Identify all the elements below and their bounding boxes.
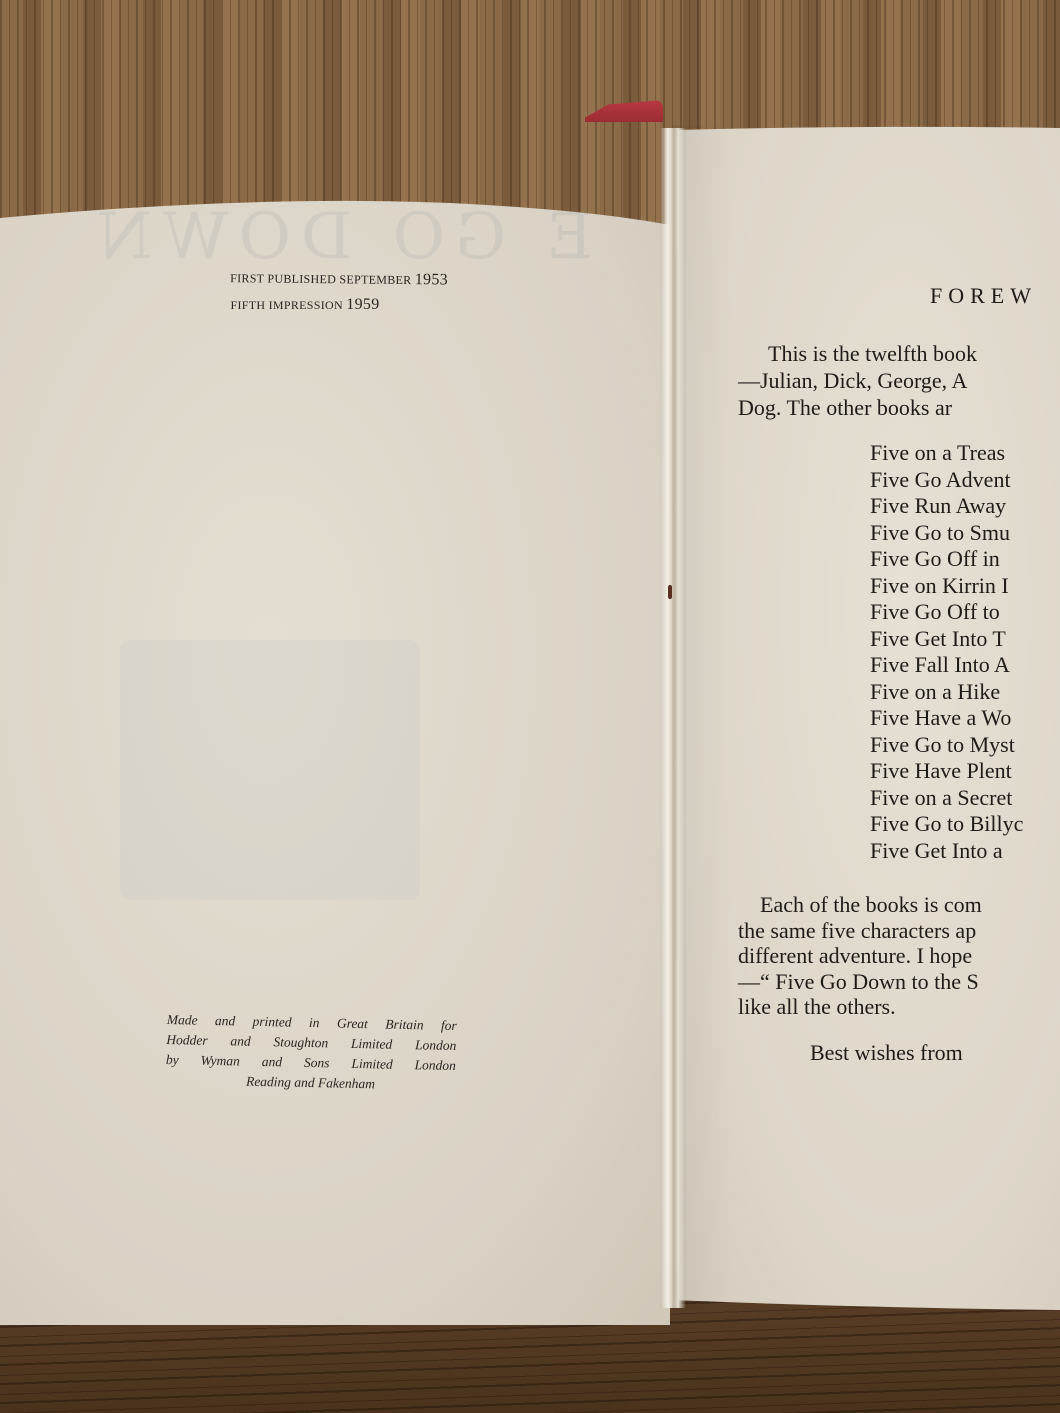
book-title: Five on Kirrin I bbox=[870, 573, 1023, 600]
book-title: Five on a Secret bbox=[870, 785, 1023, 812]
text-line: different adventure. I hope bbox=[738, 943, 982, 969]
book-title: Five Get Into a bbox=[870, 838, 1023, 865]
book-title: Five Go Advent bbox=[870, 467, 1023, 494]
intro-paragraph: This is the twelfth book —Julian, Dick, … bbox=[738, 340, 977, 421]
text-line: Each of the books is com bbox=[738, 892, 982, 918]
text-line: like all the others. bbox=[738, 994, 982, 1020]
book-title: Five Fall Into A bbox=[870, 652, 1023, 679]
book-title: Five Have a Wo bbox=[870, 705, 1023, 732]
text-line: This is the twelfth book bbox=[738, 340, 977, 367]
closing-paragraph: Each of the books is com the same five c… bbox=[738, 892, 982, 1020]
book-title: Five Go Off to bbox=[870, 599, 1023, 626]
text-line: the same five characters ap bbox=[738, 918, 982, 944]
text-line: Dog. The other books ar bbox=[738, 394, 977, 421]
book-list: Five on a Treas Five Go Advent Five Run … bbox=[870, 440, 1023, 864]
book-title: Five on a Treas bbox=[870, 440, 1023, 467]
right-page-text: FOREW This is the twelfth book —Julian, … bbox=[0, 0, 1060, 1413]
signoff: Best wishes from bbox=[810, 1040, 963, 1066]
book-title: Five Go to Billyc bbox=[870, 811, 1023, 838]
book-title: Five Have Plent bbox=[870, 758, 1023, 785]
book-title: Five Get Into T bbox=[870, 626, 1023, 653]
text-line: —Julian, Dick, George, A bbox=[738, 367, 977, 394]
book-title: Five Run Away bbox=[870, 493, 1023, 520]
book-title: Five Go Off in bbox=[870, 546, 1023, 573]
book-title: Five on a Hike bbox=[870, 679, 1023, 706]
text-line: —“ Five Go Down to the S bbox=[738, 969, 982, 995]
book-title: Five Go to Myst bbox=[870, 732, 1023, 759]
book-title: Five Go to Smu bbox=[870, 520, 1023, 547]
page-title: FOREW bbox=[930, 283, 1037, 309]
